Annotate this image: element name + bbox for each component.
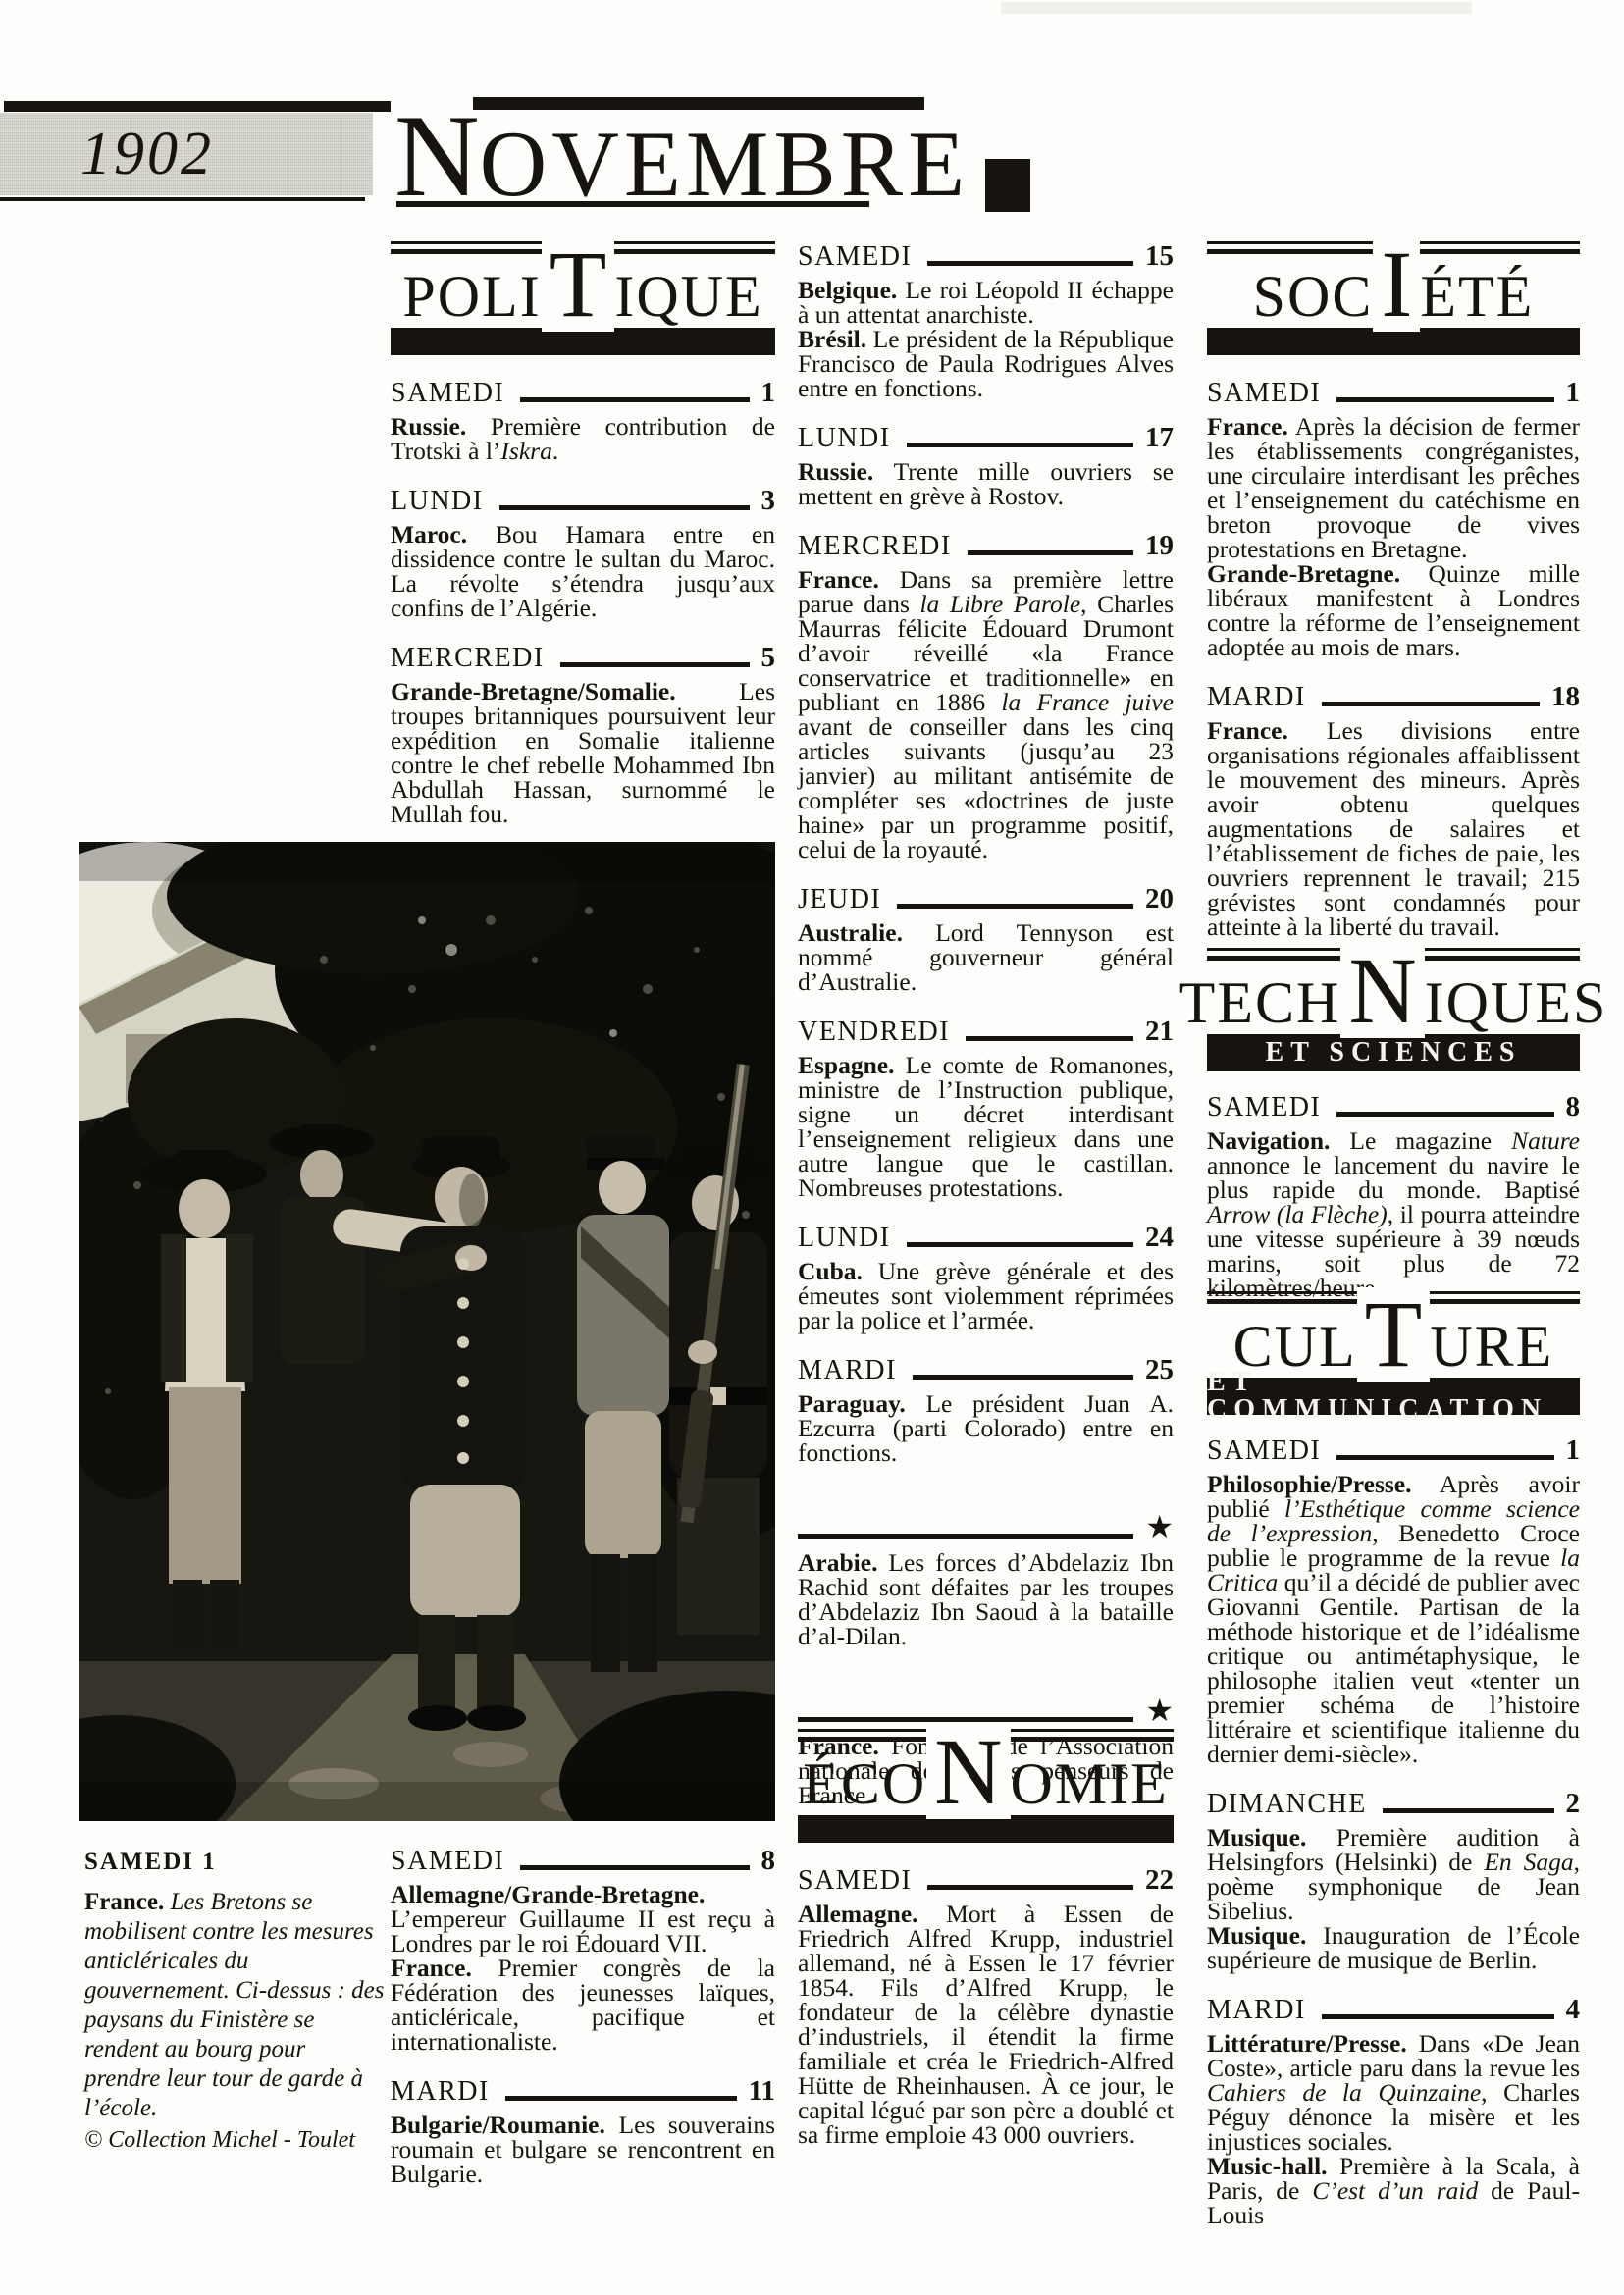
entry-day-label: MERCREDI xyxy=(798,531,952,562)
caption-text: France. Les Bretons se mobilisent contre… xyxy=(84,1888,385,2123)
month-title: NOVEMBRE xyxy=(394,97,1030,215)
section-title: TECHNIQUES xyxy=(1207,944,1580,1038)
entry-rule xyxy=(927,261,1133,266)
entry-body: Grande-Bretagne/Somalie. Les troupes bri… xyxy=(391,679,775,826)
section-title-post: IQUES xyxy=(1425,973,1608,1032)
entry-body: Belgique. Le roi Léopold II échappe à un… xyxy=(798,278,1174,400)
section-title-post: IQUE xyxy=(614,267,762,326)
entry-day-number: 21 xyxy=(1145,1016,1174,1048)
section-header: POLITIQUE xyxy=(391,237,775,353)
event-entry: SAMEDI22Allemagne. Mort à Essen de Fried… xyxy=(798,1864,1174,2147)
entry-text: Cuba. Une grève générale et des émeutes … xyxy=(798,1259,1174,1332)
entry-body: France. Les divisions entre organisation… xyxy=(1207,718,1580,939)
entry-day-number: 1 xyxy=(1566,1434,1581,1467)
entry-body: Paraguay. Le président Juan A. Ezcurra (… xyxy=(798,1391,1174,1465)
entry-rule xyxy=(913,1375,1133,1380)
section-title-pre: TECH xyxy=(1179,973,1341,1032)
entry-day-number: 8 xyxy=(761,1845,776,1877)
month-initial-letter: N xyxy=(394,97,480,215)
photo-bretons-illustration xyxy=(79,842,775,1821)
entry-day-label: SAMEDI xyxy=(1207,1092,1321,1123)
entry-text: Paraguay. Le président Juan A. Ezcurra (… xyxy=(798,1391,1174,1465)
section-header: ÉCONOMIE xyxy=(798,1725,1174,1841)
year-label: 1902 xyxy=(80,124,214,184)
entry-day-label: SAMEDI xyxy=(798,1865,912,1897)
entry-rule xyxy=(1336,1455,1553,1460)
entry-rule xyxy=(1336,1112,1553,1117)
entry-day-label: SAMEDI xyxy=(798,241,912,273)
section-title-dropcap: N xyxy=(926,1725,1010,1819)
event-entry: MERCREDI19France. Dans sa première lettr… xyxy=(798,530,1174,861)
entry-text: Russie. Première contribution de Trotski… xyxy=(391,414,775,463)
event-entry: MERCREDI5Grande-Bretagne/Somalie. Les tr… xyxy=(391,642,775,826)
entry-text: France. Dans sa première lettre parue da… xyxy=(798,567,1174,861)
entry-body: Allemagne/Grande-Bretagne. L’empereur Gu… xyxy=(391,1882,775,2054)
entry-header: SAMEDI1 xyxy=(391,377,775,409)
entry-rule xyxy=(968,550,1133,555)
text-run: . xyxy=(552,437,558,465)
month-rest-letters: OVEMBRE xyxy=(480,118,969,211)
entry-day-number: 4 xyxy=(1566,1994,1581,2026)
event-entry: ★Arabie. Les forces d’Abdelaziz Ibn Rach… xyxy=(798,1508,1174,1648)
entry-day-label: VENDREDI xyxy=(798,1017,950,1048)
entry-body: Littérature/Presse. Dans «De Jean Coste»… xyxy=(1207,2031,1580,2227)
entry-body: Russie. Trente mille ouvriers se mettent… xyxy=(798,459,1174,508)
entry-header: ★ xyxy=(798,1508,1174,1545)
entry-day-label: SAMEDI xyxy=(391,1846,504,1877)
entry-day-number: 1 xyxy=(1566,377,1581,409)
text-run: Mort à Essen de Friedrich Alfred Krupp, … xyxy=(798,1900,1174,2149)
text-run-i: Les Bretons se mobilisent contre les mes… xyxy=(84,1889,385,2121)
entry-day-number: 2 xyxy=(1566,1788,1581,1820)
event-entry: LUNDI3Maroc. Bou Hamara entre en disside… xyxy=(391,485,775,620)
entry-day-label: MARDI xyxy=(391,2076,490,2108)
entry-day-label: MARDI xyxy=(1207,682,1306,713)
entry-header: MARDI11 xyxy=(391,2075,775,2108)
entry-text: Espagne. Le comte de Romanones, ministre… xyxy=(798,1053,1174,1200)
entry-day-label: MERCREDI xyxy=(391,643,545,674)
entry-rule xyxy=(520,397,749,402)
event-entry: SAMEDI1Russie. Première contribution de … xyxy=(391,377,775,463)
section-header: TECHNIQUESET SCIENCES xyxy=(1207,944,1580,1071)
entry-body: Arabie. Les forces d’Abdelaziz Ibn Rachi… xyxy=(798,1550,1174,1648)
section-economie: ÉCONOMIESAMEDI22Allemagne. Mort à Essen … xyxy=(798,1725,1174,2168)
entry-rule xyxy=(560,662,750,667)
entry-text: Grande-Bretagne/Somalie. Les troupes bri… xyxy=(391,679,775,826)
entry-rule xyxy=(897,904,1133,909)
section-subtitle: ET SCIENCES xyxy=(1266,1039,1522,1067)
entry-body: Maroc. Bou Hamara entre en dissidence co… xyxy=(391,522,775,620)
entry-day-label: LUNDI xyxy=(798,423,891,454)
section-title: SOCIÉTÉ xyxy=(1207,237,1580,332)
text-run: annonce le lancement du navire le plus r… xyxy=(1207,1151,1580,1204)
entry-day-label: LUNDI xyxy=(798,1223,891,1254)
entry-rule xyxy=(966,1036,1133,1041)
entry-day-label: LUNDI xyxy=(391,486,484,517)
year-underline xyxy=(0,197,365,201)
entry-header: SAMEDI15 xyxy=(798,240,1174,273)
entry-text: France. Après la décision de fermer les … xyxy=(1207,414,1580,561)
text-run: avant de conseiller dans les cinq articl… xyxy=(798,712,1174,863)
caption-credit: © Collection Michel - Toulet xyxy=(84,2125,385,2155)
entry-header: LUNDI3 xyxy=(391,485,775,517)
entry-text: France. Premier congrès de la Fédération… xyxy=(391,1956,775,2054)
entry-day-number: 15 xyxy=(1145,240,1174,273)
event-entry: JEUDI20Australie. Lord Tennyson est nomm… xyxy=(798,883,1174,994)
text-run-i: C’est d’un raid xyxy=(1312,2176,1478,2205)
section-title-pre: ÉCO xyxy=(803,1754,926,1813)
event-entry: MARDI18France. Les divisions entre organ… xyxy=(1207,681,1580,939)
photo-artwork xyxy=(79,842,775,1821)
section-societe: SOCIÉTÉSAMEDI1France. Après la décision … xyxy=(1207,237,1580,961)
entry-text: Australie. Lord Tennyson est nommé gouve… xyxy=(798,920,1174,994)
text-run: L’empereur Guillaume II est reçu à Londr… xyxy=(391,1904,775,1957)
entry-day-label: MARDI xyxy=(1207,1995,1306,2026)
entry-header: VENDREDI21 xyxy=(798,1016,1174,1048)
entry-text: France. Les divisions entre organisation… xyxy=(1207,718,1580,939)
entry-day-number: 22 xyxy=(1145,1864,1174,1897)
entry-body: Bulgarie/Roumanie. Les souverains roumai… xyxy=(391,2112,775,2186)
event-entry: VENDREDI21Espagne. Le comte de Romanones… xyxy=(798,1016,1174,1200)
entry-day-number: 11 xyxy=(749,2075,775,2108)
entry-body: France. Dans sa première lettre parue da… xyxy=(798,567,1174,861)
photo-caption: SAMEDI 1 France. Les Bretons se mobilise… xyxy=(84,1849,385,2155)
event-entry: DIMANCHE2Musique. Première audition à He… xyxy=(1207,1788,1580,1972)
entry-day-number: 8 xyxy=(1566,1091,1581,1123)
entry-body: France. Après la décision de fermer les … xyxy=(1207,414,1580,659)
entry-text: Philosophie/Presse. Après avoir publié l… xyxy=(1207,1472,1580,1766)
section-title-dropcap: T xyxy=(1357,1287,1431,1382)
entry-rule xyxy=(798,1534,1133,1539)
entry-header: MERCREDI5 xyxy=(391,642,775,674)
entry-header: SAMEDI1 xyxy=(1207,377,1580,409)
event-entry: SAMEDI1France. Après la décision de ferm… xyxy=(1207,377,1580,659)
event-entry: SAMEDI8Navigation. Le magazine Nature an… xyxy=(1207,1091,1580,1300)
entry-header: LUNDI17 xyxy=(798,422,1174,454)
entry-header: SAMEDI8 xyxy=(391,1845,775,1877)
month-underline xyxy=(396,201,869,207)
section-techniques-et-sciences: TECHNIQUESET SCIENCESSAMEDI8Navigation. … xyxy=(1207,944,1580,1322)
entry-day-label: JEUDI xyxy=(798,884,881,915)
section-politique-suite: SAMEDI8Allemagne/Grande-Bretagne. L’empe… xyxy=(391,1845,775,2208)
entry-day-label: SAMEDI xyxy=(1207,1435,1321,1467)
section-politique: POLITIQUESAMEDI1Russie. Première contrib… xyxy=(391,237,775,848)
entry-day-label: SAMEDI xyxy=(391,378,504,409)
entry-header: JEUDI20 xyxy=(798,883,1174,915)
caption-date-label: SAMEDI 1 xyxy=(84,1849,385,1876)
entry-text: Allemagne/Grande-Bretagne. L’empereur Gu… xyxy=(391,1882,775,1956)
entry-day-number: 25 xyxy=(1145,1354,1174,1386)
entry-rule xyxy=(1322,2014,1554,2019)
entry-body: Musique. Première audition à Helsingfors… xyxy=(1207,1825,1580,1972)
section-title: ÉCONOMIE xyxy=(798,1725,1174,1819)
entry-header: LUNDI24 xyxy=(798,1222,1174,1254)
section-title: POLITIQUE xyxy=(391,237,775,332)
event-entry: LUNDI24Cuba. Une grève générale et des é… xyxy=(798,1222,1174,1332)
entry-day-number: 24 xyxy=(1145,1222,1174,1254)
entry-body: Allemagne. Mort à Essen de Friedrich Alf… xyxy=(798,1902,1174,2147)
entry-body: Russie. Première contribution de Trotski… xyxy=(391,414,775,463)
entry-body: Cuba. Une grève générale et des émeutes … xyxy=(798,1259,1174,1332)
entry-header: SAMEDI1 xyxy=(1207,1434,1580,1467)
star-icon: ★ xyxy=(1145,1692,1174,1729)
entry-day-number: 19 xyxy=(1145,530,1174,562)
entry-header: DIMANCHE2 xyxy=(1207,1788,1580,1820)
entry-rule xyxy=(927,1885,1133,1890)
entry-text: Grande-Bretagne. Quinze mille libéraux m… xyxy=(1207,561,1580,659)
entry-text: Maroc. Bou Hamara entre en dissidence co… xyxy=(391,522,775,620)
entry-day-label: DIMANCHE xyxy=(1207,1789,1367,1820)
section-title-dropcap: I xyxy=(1373,237,1420,332)
month-end-square-icon xyxy=(985,159,1030,212)
entry-header: MARDI4 xyxy=(1207,1994,1580,2026)
header-rule-left xyxy=(4,101,391,112)
entry-text: Russie. Trente mille ouvriers se mettent… xyxy=(798,459,1174,508)
section-title-dropcap: N xyxy=(1340,944,1424,1038)
entry-body: Philosophie/Presse. Après avoir publié l… xyxy=(1207,1472,1580,1766)
entry-text: Belgique. Le roi Léopold II échappe à un… xyxy=(798,278,1174,327)
entry-rule xyxy=(1336,397,1553,402)
text-run-i: Iskra xyxy=(500,437,551,465)
event-entry: SAMEDI8Allemagne/Grande-Bretagne. L’empe… xyxy=(391,1845,775,2054)
entry-rule xyxy=(499,505,750,510)
entry-body: Navigation. Le magazine Nature annonce l… xyxy=(1207,1128,1580,1300)
entry-header: MARDI25 xyxy=(798,1354,1174,1386)
year-band: 1902 xyxy=(0,113,373,195)
entry-rule xyxy=(505,2096,737,2101)
event-entry: SAMEDI1Philosophie/Presse. Après avoir p… xyxy=(1207,1434,1580,1766)
entry-header: MARDI18 xyxy=(1207,681,1580,713)
event-entry: SAMEDI15Belgique. Le roi Léopold II écha… xyxy=(798,240,1174,400)
scan-smudge xyxy=(1001,2,1472,14)
section-title-post: ÉTÉ xyxy=(1420,267,1534,326)
entry-header: SAMEDI8 xyxy=(1207,1091,1580,1123)
text-run: qu’il a décidé de publier avec Giovanni … xyxy=(1207,1568,1580,1768)
entry-text: Musique. Première audition à Helsingfors… xyxy=(1207,1825,1580,1923)
entry-day-number: 1 xyxy=(761,377,776,409)
event-entry: MARDI25Paraguay. Le président Juan A. Ez… xyxy=(798,1354,1174,1465)
event-entry: LUNDI17Russie. Trente mille ouvriers se … xyxy=(798,422,1174,508)
entry-body: Australie. Lord Tennyson est nommé gouve… xyxy=(798,920,1174,994)
section-title-post: OMIE xyxy=(1011,1754,1169,1813)
entry-text: Littérature/Presse. Dans «De Jean Coste»… xyxy=(1207,2031,1580,2154)
entry-rule xyxy=(907,1242,1133,1247)
section-header: CULTUREET COMMUNICATION xyxy=(1207,1287,1580,1415)
entry-day-label: MARDI xyxy=(798,1355,897,1386)
entry-rule xyxy=(907,443,1133,447)
text-run: Les divisions entre organisations région… xyxy=(1207,716,1580,941)
entry-rule xyxy=(520,1865,749,1870)
almanac-page: 1902 NOVEMBRE POLITIQUESAMEDI1Russie. Pr… xyxy=(0,0,1624,2295)
entry-rule xyxy=(1322,702,1540,706)
section-title: CULTURE xyxy=(1207,1287,1580,1382)
section-title-dropcap: T xyxy=(542,237,615,332)
entry-body: Espagne. Le comte de Romanones, ministre… xyxy=(798,1053,1174,1200)
entry-day-number: 3 xyxy=(761,485,776,517)
entry-header: SAMEDI22 xyxy=(798,1864,1174,1897)
star-icon: ★ xyxy=(1145,1508,1174,1545)
event-entry: MARDI11Bulgarie/Roumanie. Les souverains… xyxy=(391,2075,775,2186)
entry-day-number: 20 xyxy=(1145,883,1174,915)
entry-header: MERCREDI19 xyxy=(798,530,1174,562)
entry-rule xyxy=(1383,1808,1554,1813)
text-run-b: France. xyxy=(84,1889,164,1915)
entry-text: Navigation. Le magazine Nature annonce l… xyxy=(1207,1128,1580,1300)
section-politique-suite-col2: SAMEDI15Belgique. Le roi Léopold II écha… xyxy=(798,240,1174,1829)
entry-text: Bulgarie/Roumanie. Les souverains roumai… xyxy=(391,2112,775,2186)
entry-day-label: SAMEDI xyxy=(1207,378,1321,409)
entry-text: Music-hall. Première à la Scala, à Paris… xyxy=(1207,2154,1580,2227)
section-title-pre: SOC xyxy=(1253,267,1374,326)
section-culture-et-communication: CULTUREET COMMUNICATIONSAMEDI1Philosophi… xyxy=(1207,1287,1580,2249)
section-title-post: URE xyxy=(1430,1317,1553,1376)
event-entry: MARDI4Littérature/Presse. Dans «De Jean … xyxy=(1207,1994,1580,2227)
entry-day-number: 18 xyxy=(1551,681,1580,713)
entry-text: Arabie. Les forces d’Abdelaziz Ibn Rachi… xyxy=(798,1550,1174,1648)
entry-text: Musique. Inauguration de l’École supérie… xyxy=(1207,1923,1580,1972)
entry-text: Brésil. Le président de la République Fr… xyxy=(798,327,1174,400)
entry-day-number: 5 xyxy=(761,642,776,674)
entry-text: Allemagne. Mort à Essen de Friedrich Alf… xyxy=(798,1902,1174,2147)
section-title-pre: CUL xyxy=(1233,1317,1357,1376)
section-header: SOCIÉTÉ xyxy=(1207,237,1580,353)
entry-day-number: 17 xyxy=(1145,422,1174,454)
section-title-pre: POLI xyxy=(402,267,541,326)
